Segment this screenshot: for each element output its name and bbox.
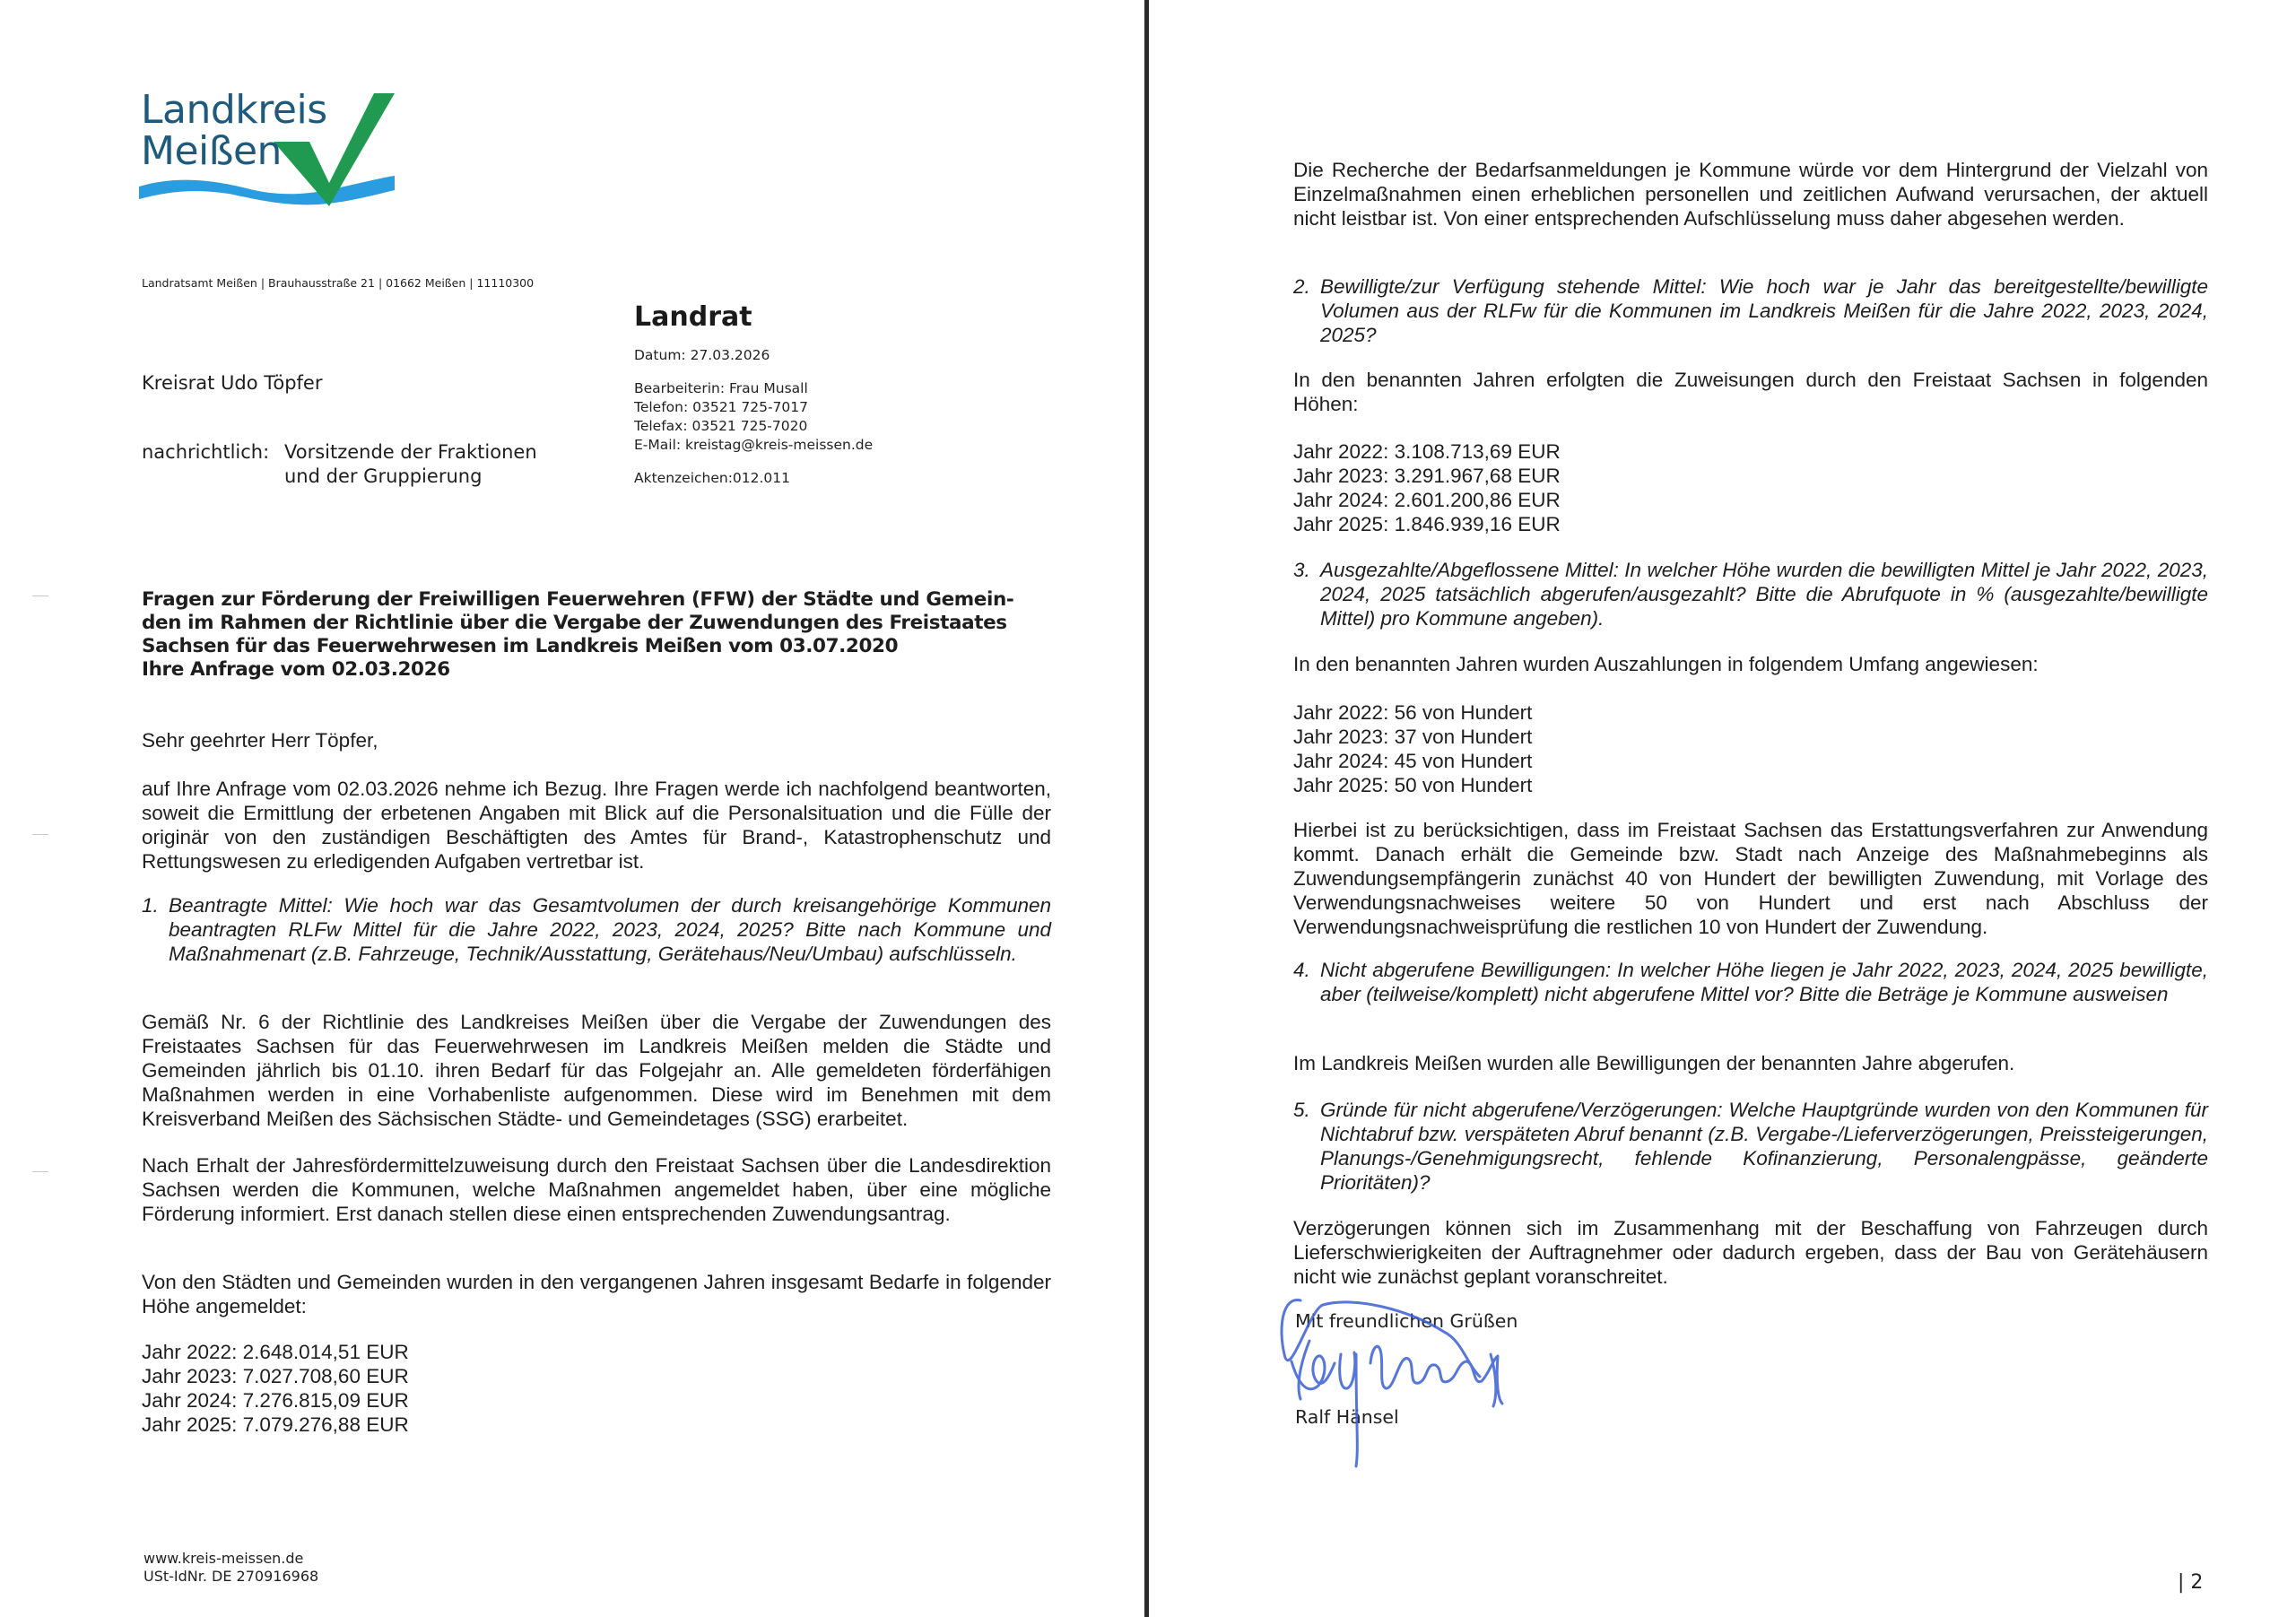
question-text: Nicht abgerufene Bewilligungen: In welch… — [1320, 958, 2208, 1006]
recipient-name: Kreisrat Udo Töpfer — [142, 371, 322, 396]
requested-amount-row: Jahr 2025: 7.079.276,88 EUR — [142, 1413, 1051, 1437]
payout-quota-row: Jahr 2024: 45 von Hundert — [1293, 749, 2208, 773]
question-number: 3. — [1293, 558, 1320, 630]
vat-id: USt-IdNr. DE 270916968 — [143, 1568, 318, 1586]
question-number: 1. — [142, 893, 169, 966]
subject-heading: Fragen zur Förderung der Freiwilligen Fe… — [142, 588, 1051, 682]
payout-quota-row: Jahr 2025: 50 von Hundert — [1293, 773, 2208, 797]
question-2: 2. Bewilligte/zur Verfügung stehende Mit… — [1293, 274, 2208, 347]
granted-amount-row: Jahr 2023: 3.291.967,68 EUR — [1293, 464, 2208, 488]
cc-line-1: Vorsitzende der Fraktionen — [284, 440, 537, 465]
logo-wordmark: Landkreis Meißen — [141, 90, 327, 172]
fold-mark — [32, 834, 48, 835]
letter-page-1: Landkreis Meißen Landratsamt Meißen | Br… — [0, 0, 1144, 1617]
question-text: Ausgezahlte/Abgeflossene Mittel: In welc… — [1320, 558, 2208, 630]
subject-inquiry-date: Ihre Anfrage vom 02.03.2026 — [142, 658, 1051, 682]
fold-mark — [32, 1171, 48, 1172]
fax-field: Telefax: 03521 725-7020 — [634, 417, 873, 436]
question-text: Bewilligte/zur Verfügung stehende Mittel… — [1320, 274, 2208, 347]
cc-block: nachrichtlich: Vorsitzende der Fraktione… — [142, 440, 537, 489]
handwritten-signature-icon — [1274, 1291, 1561, 1489]
website-link[interactable]: www.kreis-meissen.de — [143, 1550, 318, 1568]
phone-field: Telefon: 03521 725-7017 — [634, 398, 873, 417]
fold-mark — [32, 596, 48, 596]
clerk-field: Bearbeiterin: Frau Musall — [634, 379, 873, 398]
question-4: 4. Nicht abgerufene Bewilligungen: In we… — [1293, 958, 2208, 1006]
granted-amount-row: Jahr 2025: 1.846.939,16 EUR — [1293, 512, 2208, 536]
landkreis-meissen-logo: Landkreis Meißen — [139, 90, 408, 211]
payout-quota-row: Jahr 2022: 56 von Hundert — [1293, 700, 2208, 725]
logo-line-2: Meißen — [141, 131, 327, 172]
requested-amount-row: Jahr 2022: 2.648.014,51 EUR — [142, 1340, 1051, 1364]
payout-quota-row: Jahr 2023: 37 von Hundert — [1293, 725, 2208, 749]
file-reference: Aktenzeichen:012.011 — [634, 469, 873, 488]
answer-5: Verzögerungen können sich im Zusammenhan… — [1293, 1216, 2208, 1289]
email-field: E-Mail: kreistag@kreis-meissen.de — [634, 436, 873, 455]
question-number: 5. — [1293, 1098, 1320, 1195]
reimbursement-note: Hierbei ist zu berücksichtigen, dass im … — [1293, 818, 2208, 939]
answer-2-intro: In den benannten Jahren erfolgten die Zu… — [1293, 368, 2208, 416]
answer-1-paragraph-1: Gemäß Nr. 6 der Richtlinie des Landkreis… — [142, 1010, 1051, 1131]
granted-amount-row: Jahr 2022: 3.108.713,69 EUR — [1293, 439, 2208, 464]
payout-quota-list: Jahr 2022: 56 von Hundert Jahr 2023: 37 … — [1293, 700, 2208, 797]
cc-label: nachrichtlich: — [142, 440, 284, 489]
question-text: Beantragte Mittel: Wie hoch war das Gesa… — [169, 893, 1051, 966]
requested-amounts-list: Jahr 2022: 2.648.014,51 EUR Jahr 2023: 7… — [142, 1340, 1051, 1437]
research-paragraph: Die Recherche der Bedarfsanmeldungen je … — [1293, 158, 2208, 230]
sender-address-line: Landratsamt Meißen | Brauhausstraße 21 |… — [142, 276, 534, 290]
subject-line: den im Rahmen der Richtlinie über die Ve… — [142, 612, 1051, 635]
date-field: Datum: 27.03.2026 — [634, 346, 873, 365]
granted-amounts-list: Jahr 2022: 3.108.713,69 EUR Jahr 2023: 3… — [1293, 439, 2208, 536]
answer-1-paragraph-2: Nach Erhalt der Jahresfördermittelzuweis… — [142, 1153, 1051, 1226]
answer-1-paragraph-3: Von den Städten und Gemeinden wurden in … — [142, 1270, 1051, 1318]
cc-line-2: und der Gruppierung — [284, 465, 537, 489]
requested-amount-row: Jahr 2023: 7.027.708,60 EUR — [142, 1364, 1051, 1388]
answer-3-intro: In den benannten Jahren wurden Auszahlun… — [1293, 652, 2208, 676]
department-title: Landrat — [634, 301, 873, 334]
subject-line: Sachsen für das Feuerwehrwesen im Landkr… — [142, 635, 1051, 658]
page-divider — [1144, 0, 1149, 1617]
requested-amount-row: Jahr 2024: 7.276.815,09 EUR — [142, 1388, 1051, 1413]
question-3: 3. Ausgezahlte/Abgeflossene Mittel: In w… — [1293, 558, 2208, 630]
info-block: Landrat Datum: 27.03.2026 Bearbeiterin: … — [634, 301, 873, 488]
question-number: 2. — [1293, 274, 1320, 347]
salutation: Sehr geehrter Herr Töpfer, — [142, 728, 1051, 752]
granted-amount-row: Jahr 2024: 2.601.200,86 EUR — [1293, 488, 2208, 512]
subject-line: Fragen zur Förderung der Freiwilligen Fe… — [142, 588, 1051, 612]
question-1: 1. Beantragte Mittel: Wie hoch war das G… — [142, 893, 1051, 966]
question-number: 4. — [1293, 958, 1320, 1006]
logo-line-1: Landkreis — [141, 90, 327, 131]
question-5: 5. Gründe für nicht abgerufene/Verzögeru… — [1293, 1098, 2208, 1195]
intro-paragraph: auf Ihre Anfrage vom 02.03.2026 nehme ic… — [142, 777, 1051, 874]
answer-4: Im Landkreis Meißen wurden alle Bewillig… — [1293, 1051, 2208, 1075]
question-text: Gründe für nicht abgerufene/Verzögerunge… — [1320, 1098, 2208, 1195]
page-footer: www.kreis-meissen.de USt-IdNr. DE 270916… — [143, 1550, 318, 1586]
page-number: | 2 — [2178, 1571, 2203, 1594]
